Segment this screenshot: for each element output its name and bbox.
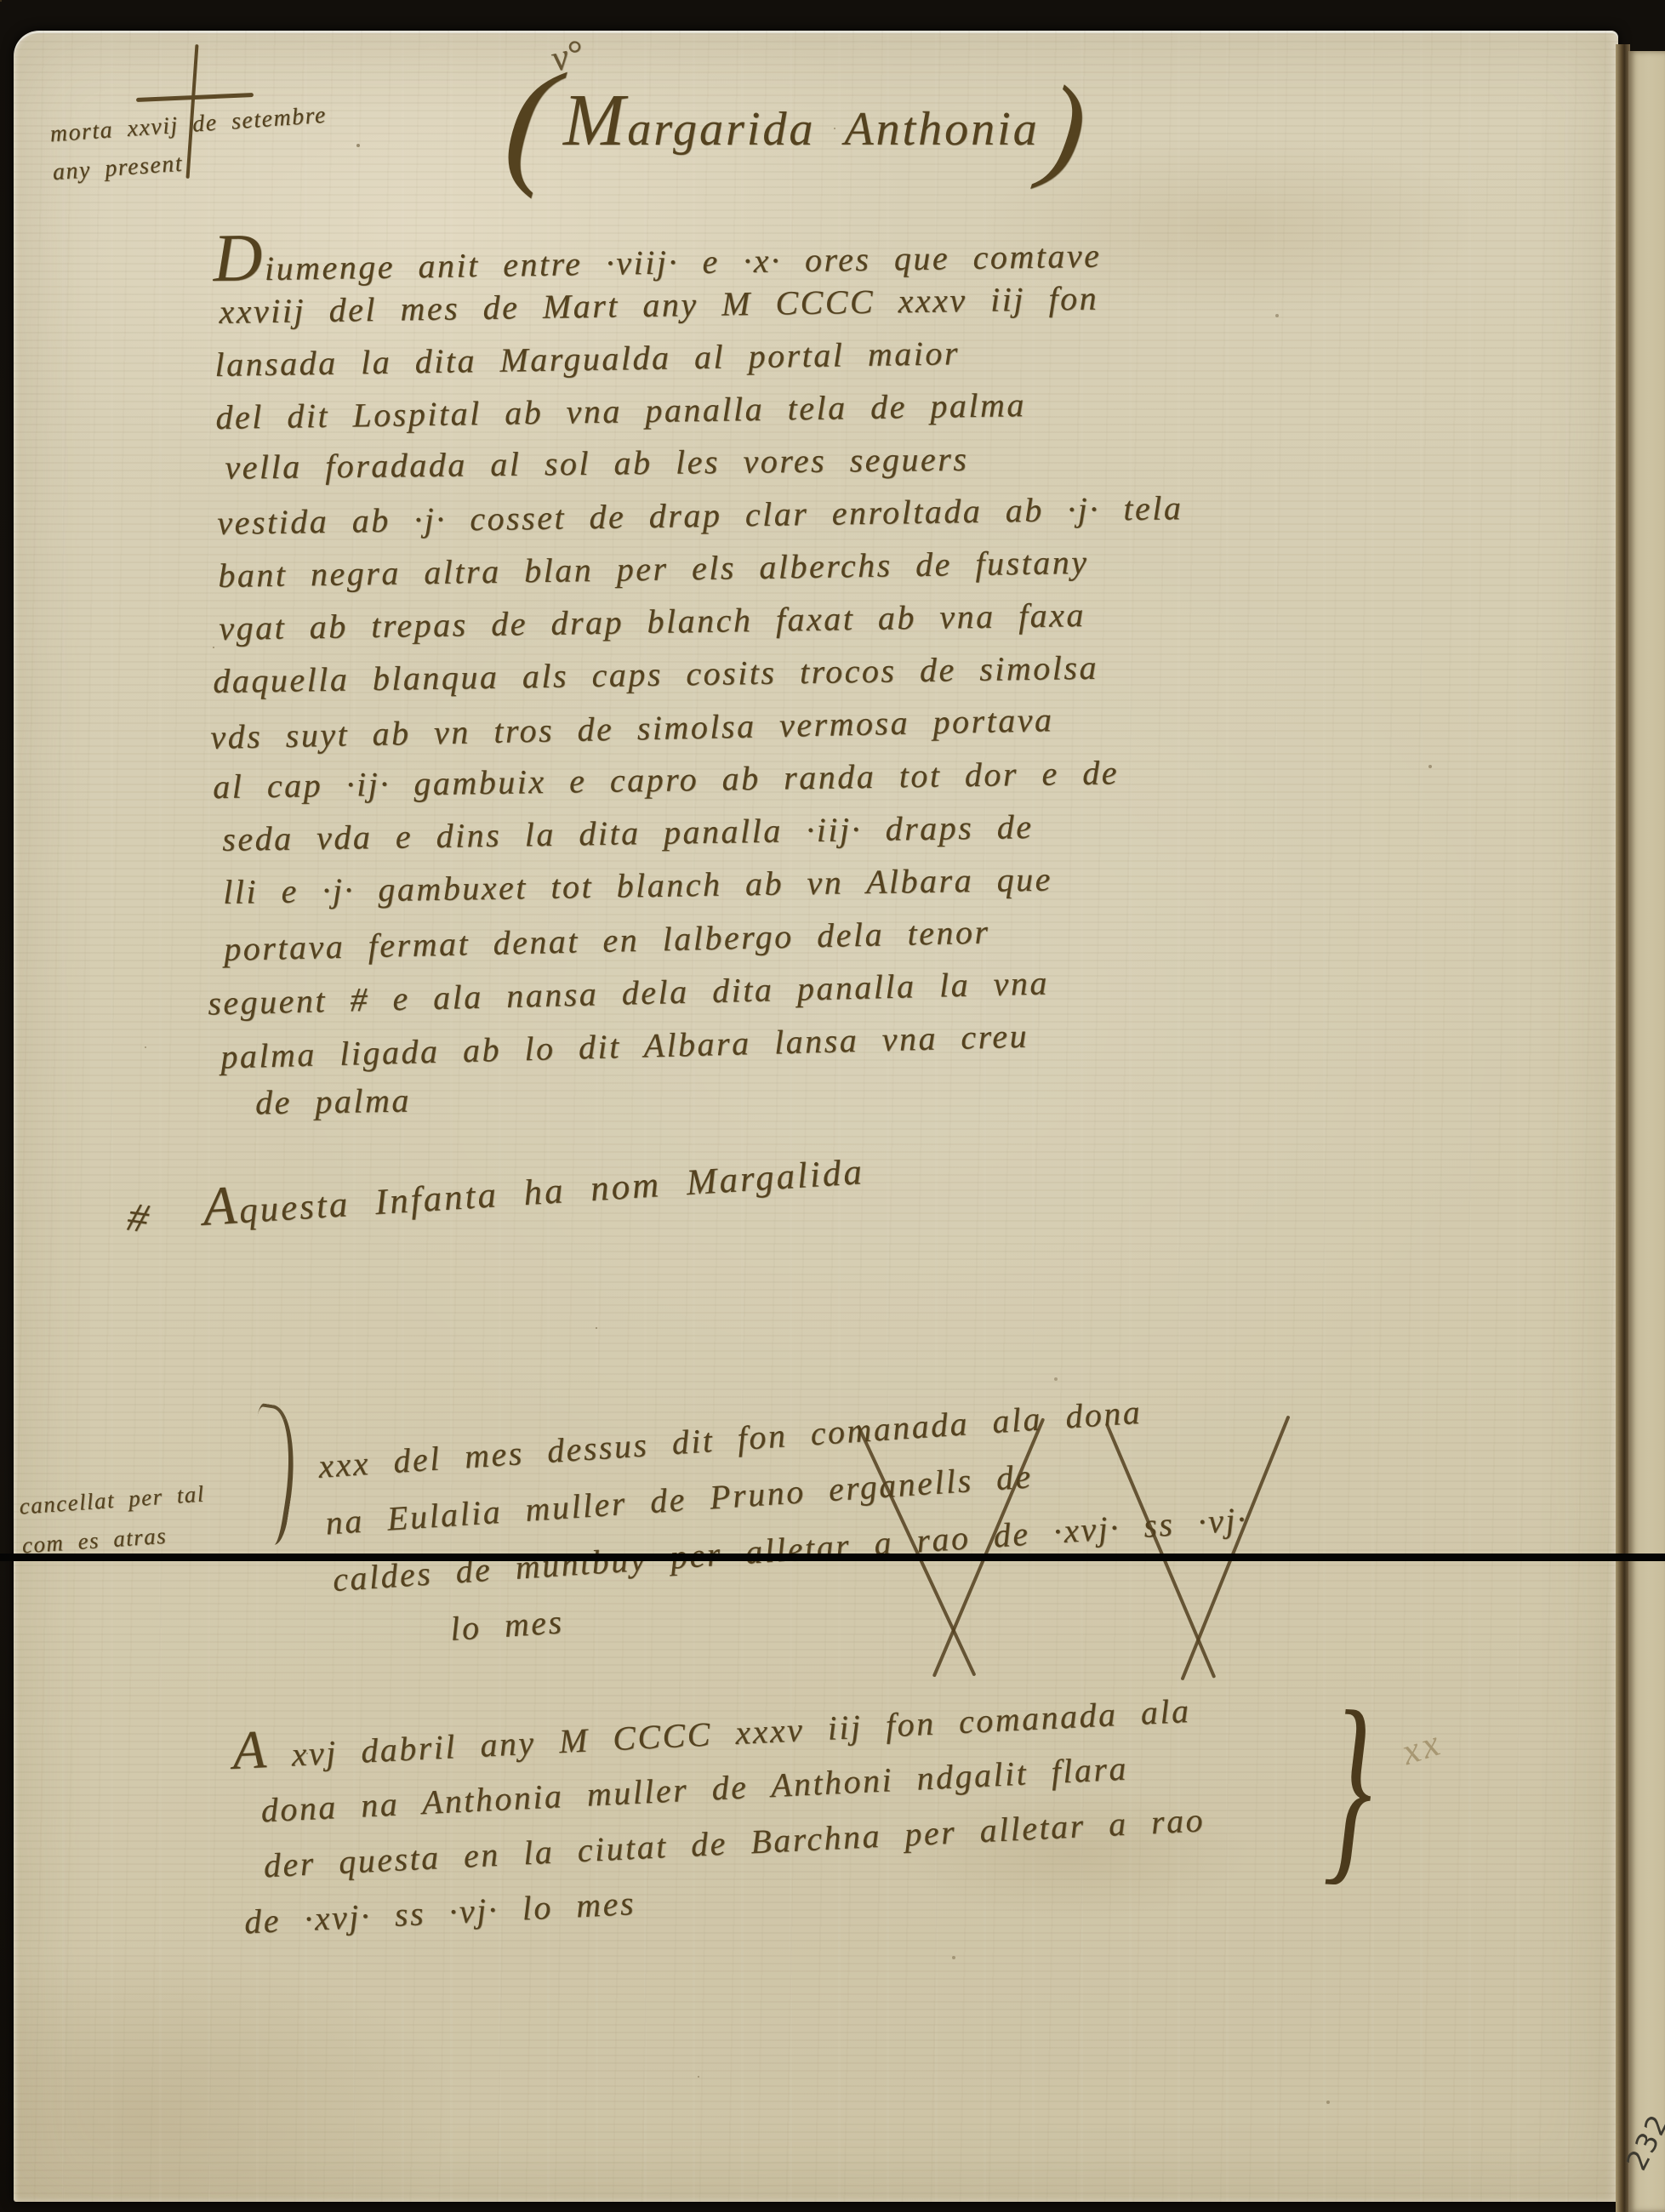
scanned-manuscript-photo: morta xxvij de setembre any present v° (… [0,0,1665,2212]
adjacent-page-edge [1628,51,1665,2212]
entry-heading: ( Margarida Anthonia ) [507,56,1084,201]
paper-specks [0,0,2,2]
entry-main-paragraph: Diumenge anit entre ·viij· e ·x· ores qu… [213,214,1451,1129]
margin-note-cancelled: cancellat per tal com es atras [18,1474,208,1565]
horizontal-black-rule [0,1554,1665,1561]
child-name-heading: Margarida Anthonia [555,56,1045,193]
entry-brace: } [1323,1674,1374,1898]
open-flourish: ( [500,54,561,185]
